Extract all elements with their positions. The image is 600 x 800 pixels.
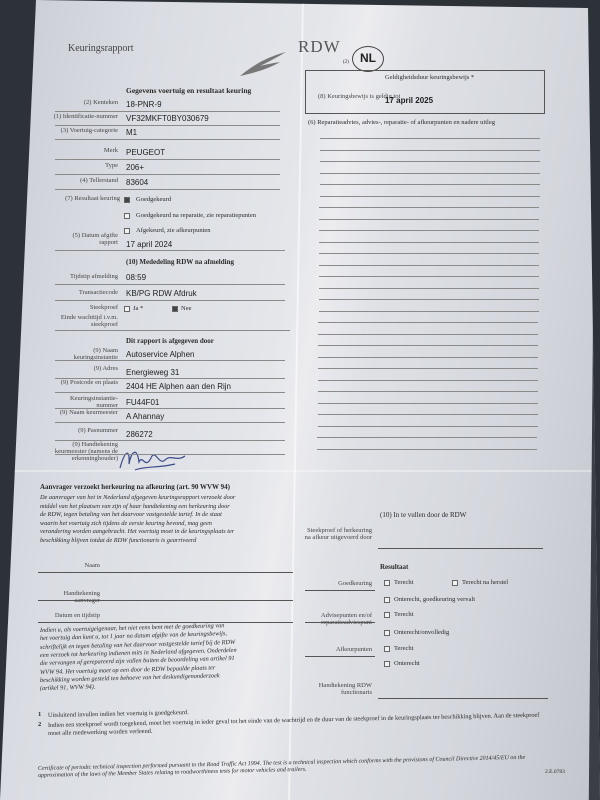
- end-time-label: Einde wachttijd i.v.m. steekproef: [55, 314, 118, 328]
- divider: [305, 590, 375, 591]
- rdw-option-label: Terecht: [394, 612, 413, 619]
- field-value: KB/PG RDW Afdruk: [126, 290, 197, 298]
- divider: [38, 600, 293, 601]
- field-label: Transactiecode: [50, 290, 118, 297]
- repair-line: [319, 230, 539, 231]
- repair-line: [319, 276, 539, 277]
- result-option-label: Goedgekeurd: [136, 197, 171, 204]
- section-header: Gegevens voertuig en resultaat keuring: [126, 87, 251, 95]
- field-label: (2) Kenteken: [50, 100, 118, 107]
- divider: [55, 284, 285, 285]
- issuer-header: Dit rapport is afgegeven door: [126, 338, 214, 345]
- divider: [55, 454, 285, 455]
- rdw-checkbox[interactable]: [384, 630, 390, 636]
- appeal-field-label: Datum en tijdstip: [40, 612, 100, 619]
- rdw-option-label: Onterecht/onvolledig: [394, 630, 449, 637]
- rdw-spot-check-label: Steekproef of herkeuring na afkeur uitge…: [300, 527, 372, 542]
- divider: [305, 622, 375, 623]
- result-checkbox[interactable]: [124, 213, 130, 219]
- repair-line: [319, 311, 539, 312]
- superscript: (2): [343, 60, 349, 65]
- validity-label: (8) Keuringsbewijs is geldig tot: [318, 94, 378, 101]
- repair-line: [319, 219, 539, 220]
- field-label: (4) Tellerstand: [50, 178, 118, 185]
- field-label: (9) Adres: [50, 366, 118, 373]
- field-value: 286272: [126, 431, 153, 439]
- spot-check-yes-label: Ja *: [133, 306, 143, 313]
- rdw-row-label: Goedkeuring: [300, 580, 372, 587]
- issued-label: (5) Datum afgifte rapport: [60, 232, 118, 246]
- document-title: Keuringsrapport: [68, 44, 134, 54]
- field-label: (9) Pasnummer: [50, 428, 118, 435]
- signature: [115, 440, 195, 476]
- spot-check-no-label: Nee: [181, 306, 191, 313]
- field-value: 08:59: [126, 274, 146, 282]
- repair-line: [317, 449, 537, 450]
- divider: [38, 572, 293, 573]
- footnote-number: 2: [38, 722, 41, 729]
- rdw-row-label: Afkeurpunten: [300, 646, 372, 653]
- field-label: (9) Handtekening keurmeester (namens de …: [50, 442, 118, 462]
- repair-line: [320, 138, 540, 139]
- field-value: PEUGEOT: [126, 149, 165, 157]
- repair-line: [319, 253, 539, 254]
- rdw-checkbox[interactable]: [384, 646, 390, 652]
- field-value: M1: [126, 129, 137, 137]
- divider: [55, 392, 285, 393]
- divider: [55, 360, 285, 361]
- field-label: (3) Voertuig-categorie: [50, 128, 118, 135]
- field-value: A Ahannay: [126, 413, 164, 421]
- repair-line: [318, 345, 538, 346]
- repair-line: [318, 334, 538, 335]
- repair-line: [320, 173, 540, 174]
- rdw-option-label: Terecht: [394, 646, 413, 653]
- repair-line: [318, 426, 538, 427]
- rdw-checkbox[interactable]: [452, 580, 458, 586]
- repair-line: [319, 242, 539, 243]
- rdw-option-label: Onterecht: [394, 661, 420, 668]
- divider: [55, 422, 285, 423]
- divider: [55, 174, 280, 175]
- spot-check-yes-checkbox[interactable]: [124, 306, 130, 312]
- rdw-checkbox[interactable]: [384, 661, 390, 667]
- result-checkbox[interactable]: [124, 197, 130, 203]
- appeal-header: Aanvrager verzoekt herkeuring na afkeuri…: [40, 484, 230, 491]
- divider: [55, 159, 280, 160]
- divider: [55, 139, 280, 140]
- background-edge: [586, 0, 600, 800]
- appeal-text-line: de RDW, tegen betaling van het daarvoor …: [40, 512, 222, 518]
- rdw-signature-label: Handtekening RDW functionaris: [310, 682, 372, 697]
- repair-line: [320, 161, 540, 162]
- divider: [55, 125, 280, 126]
- result-label: (7) Resultaat keuring: [50, 196, 120, 203]
- appeal-field-label: Naam: [40, 562, 100, 569]
- footnote-number: 1: [38, 712, 41, 719]
- repair-line: [319, 207, 539, 208]
- field-label: (9) Naam keurmeester: [50, 410, 118, 417]
- result-option-label: Afgekeurd, zie afkeurpunten: [136, 228, 211, 235]
- validity-title: Geldigheidsduur keuringsbewijs *: [385, 75, 474, 82]
- divider: [55, 189, 280, 190]
- repair-line: [318, 357, 538, 358]
- field-label: Type: [50, 163, 118, 170]
- validity-value: 17 april 2025: [385, 97, 433, 105]
- repair-line: [318, 403, 538, 404]
- repair-line: [319, 288, 539, 289]
- issued-value: 17 april 2024: [126, 241, 172, 249]
- notification-header: (10) Mededeling RDW na afmelding: [126, 259, 234, 266]
- form-code: 2.E.0783: [545, 770, 565, 776]
- field-label: (1) Identificatie-nummer: [50, 114, 118, 121]
- appeal-text2-line: (artikel 91, WVW 94).: [40, 685, 96, 693]
- fold-line-horizontal: [0, 470, 600, 472]
- spot-check-no-checkbox[interactable]: [172, 306, 178, 312]
- rdw-option-label: Terecht na herstel: [462, 580, 508, 587]
- repair-line: [320, 150, 540, 151]
- repair-line: [320, 196, 540, 197]
- document-paper: Keuringsrapport RDW (2) NL Gegevens voer…: [0, 0, 600, 800]
- rdw-checkbox[interactable]: [384, 597, 390, 603]
- repair-line: [319, 265, 539, 266]
- rdw-logo: RDW: [298, 38, 341, 55]
- rdw-checkbox[interactable]: [384, 580, 390, 586]
- rdw-option-label: Onterecht, goedkeuring vervalt: [394, 597, 475, 604]
- repair-line: [318, 391, 538, 392]
- rdw-checkbox[interactable]: [384, 612, 390, 618]
- spot-check-label: Steekproef: [60, 305, 118, 312]
- divider: [55, 300, 285, 301]
- repair-line: [318, 380, 538, 381]
- repair-line: [318, 322, 538, 323]
- field-value: Energieweg 31: [126, 369, 179, 377]
- appeal-text-line: De aanvrager van het in Nederland afgege…: [40, 495, 235, 501]
- field-value: 2404 HE Alphen aan den Rijn: [126, 383, 231, 391]
- repair-line: [319, 299, 539, 300]
- field-value: 83604: [126, 179, 148, 187]
- repair-line: [318, 414, 538, 415]
- appeal-text-line: beschikking blijven totdat de RDW functi…: [40, 538, 196, 544]
- field-value: 206+: [126, 164, 144, 172]
- field-label: (9) Postcode en plaats: [50, 380, 118, 387]
- field-value: 18-PNR-9: [126, 101, 162, 109]
- field-value: FU44F01: [126, 399, 159, 407]
- field-label: Merk: [50, 148, 118, 155]
- rdw-bird-icon: [238, 48, 288, 78]
- appeal-text-line: waarin het voertuig zich tijdens de eers…: [40, 521, 212, 527]
- divider: [55, 111, 280, 112]
- repairs-header: (6) Reparatieadvies, advies-, reparatie-…: [308, 120, 495, 127]
- appeal-text-line: middel van het plaatsen van zijn of haar…: [40, 504, 230, 510]
- rdw-row-label: Advisepunten en/of reparatieadviespunt: [300, 612, 372, 626]
- field-value: VF32MKFT0BY030679: [126, 115, 209, 123]
- country-badge: NL: [352, 46, 384, 72]
- repair-line: [317, 437, 537, 438]
- result-option-label: Goedgekeurd na reparatie, zie reparatiep…: [136, 213, 256, 220]
- fold-line-vertical: [288, 0, 304, 800]
- appeal-field-label: Handtekening aanvrager: [40, 590, 100, 604]
- field-label: Tijdstip afmelding: [50, 274, 118, 281]
- field-value: Autoservice Alphen: [126, 351, 195, 359]
- rdw-section-header: (10) In te vullen door de RDW: [380, 512, 466, 519]
- appeal-text-line: verandering worden aangebracht. Het voer…: [40, 529, 234, 535]
- repair-line: [320, 184, 540, 185]
- rdw-result-header: Resultaat: [380, 564, 408, 571]
- repair-line: [318, 368, 538, 369]
- rdw-option-label: Terecht: [394, 580, 413, 587]
- result-checkbox[interactable]: [124, 228, 130, 234]
- certificate-text: Certificate of periodic technical inspec…: [38, 754, 558, 780]
- divider: [305, 656, 375, 657]
